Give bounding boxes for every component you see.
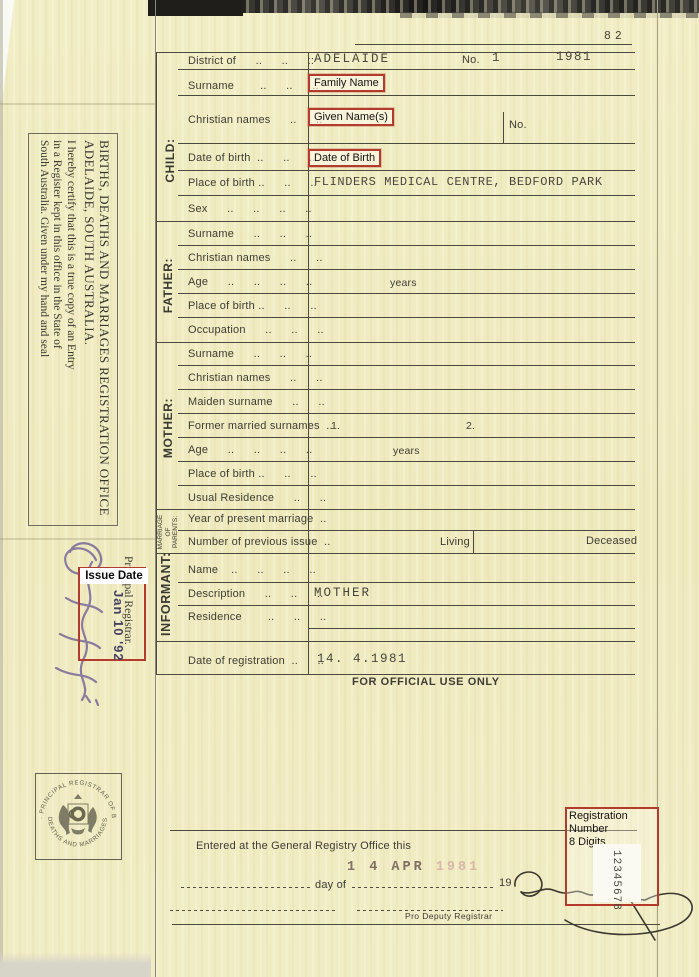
- issue-date-annotation-label: Issue Date: [80, 568, 148, 584]
- field-label-father-place-of-birth: Place of birth .. .. ..: [188, 300, 317, 312]
- for-official-use-only: FOR OFFICIAL USE ONLY: [352, 676, 500, 688]
- field-label-father-surname: Surname .. .. ..: [188, 228, 312, 240]
- form-border-left: [156, 52, 157, 674]
- date-of-birth-annotation: Date of Birth: [308, 149, 381, 167]
- field-label-child-date-of-birth: Date of birth .. .. ..: [188, 152, 316, 164]
- form-line: [178, 530, 635, 531]
- certification-heading-2: ADELAIDE, SOUTH AUSTRALIA.: [82, 140, 97, 517]
- field-label-district: District of .. .. ::: [188, 55, 314, 67]
- form-line: [178, 582, 635, 583]
- living-column-label: Living: [440, 536, 470, 548]
- given-names-annotation: Given Name(s): [308, 108, 394, 126]
- sheet-number: 82: [604, 30, 626, 43]
- marriage-line-2: OF PARENTS:: [165, 512, 180, 552]
- field-label-date-of-registration: Date of registration .. ..: [188, 655, 324, 667]
- form-line: [178, 170, 635, 171]
- deceased-column-label: Deceased: [586, 535, 637, 547]
- field-label-child-place-of-birth: Place of birth .. .. ..: [188, 177, 317, 189]
- field-label-mother-place-of-birth: Place of birth .. .. ..: [188, 468, 317, 480]
- form-line: [178, 293, 635, 294]
- registration-number-label-1: Registration Number: [567, 809, 657, 836]
- registration-number-value: 12345678: [607, 850, 622, 898]
- form-line: [178, 605, 635, 606]
- form-line: [156, 221, 635, 222]
- bottom-corner-shadow: [0, 953, 151, 977]
- field-label-informant-name: Name .. .. .. ..: [188, 564, 316, 576]
- form-line: [178, 95, 635, 96]
- form-line: [355, 44, 632, 45]
- registrar-seal: · PRINCIPAL REGISTRAR OF BIRTHS DEATHS A…: [35, 773, 120, 858]
- field-label-former-married-surnames: Former married surnames ..: [188, 420, 333, 432]
- footer-dashed-line: [170, 910, 337, 911]
- scan-edge-artifact-lower: [400, 12, 699, 18]
- fold-crease: [0, 103, 156, 105]
- field-label-mother-surname: Surname .. .. ..: [188, 348, 312, 360]
- date-of-registration-value: 14. 4.1981: [317, 652, 407, 666]
- family-name-annotation: Family Name: [308, 74, 385, 92]
- informant-description-value: MOTHER: [314, 586, 371, 600]
- field-label-father-occupation: Occupation .. .. ..: [188, 324, 324, 336]
- form-line: [178, 317, 635, 318]
- registry-date-stamp-year: 1981: [436, 860, 480, 875]
- field-label-father-christian-names: Christian names .. ..: [188, 252, 323, 264]
- field-label-child-christian-names: Christian names .. ..: [188, 114, 323, 126]
- form-line: [178, 413, 635, 414]
- mother-age-unit: years: [393, 445, 420, 457]
- field-label-mother-maiden-surname: Maiden surname .. ..: [188, 396, 325, 408]
- issue-date-stamp: Jan 10 '92: [110, 590, 126, 648]
- field-label-number-of-previous-issue: Number of previous issue ..: [188, 536, 331, 548]
- seal-coat-of-arms: [59, 794, 97, 835]
- district-no-label: No.: [462, 54, 480, 66]
- section-label-mother: MOTHER:: [161, 354, 176, 502]
- section-label-child: CHILD:: [163, 103, 178, 218]
- former-surname-2-label: 2.: [466, 420, 475, 432]
- footer-dashed-line: [181, 887, 310, 888]
- marriage-line-1: MARRIAGE: [157, 512, 165, 552]
- form-line: [156, 553, 635, 554]
- registry-date-stamp-day-month: 1 4 APR: [347, 860, 425, 875]
- form-line: [178, 195, 635, 196]
- day-of-text: day of: [315, 879, 346, 891]
- entered-at-registry-text: Entered at the General Registry Office t…: [196, 840, 411, 852]
- form-line: [156, 641, 635, 642]
- form-line: [156, 342, 635, 343]
- footer-dashed-line: [352, 887, 495, 888]
- form-line: [178, 143, 635, 144]
- section-label-father: FATHER:: [161, 233, 176, 338]
- former-surname-1-label: 1.: [331, 420, 340, 432]
- field-label-mother-age: Age .. .. .. ..: [188, 444, 312, 456]
- form-line: [178, 365, 635, 366]
- district-no-value: 1: [492, 51, 501, 65]
- field-label-father-age: Age .. .. .. ..: [188, 276, 312, 288]
- certification-heading-1: BIRTHS, DEATHS AND MARRIAGES REGISTRATIO…: [97, 140, 112, 517]
- form-line: [178, 389, 635, 390]
- district-year-value: 1981: [556, 50, 592, 64]
- form-line: [178, 437, 635, 438]
- father-age-unit: years: [390, 277, 417, 289]
- registry-date-stamp: 1 4 APR 1981: [347, 860, 480, 875]
- field-label-mother-christian-names: Christian names .. ..: [188, 372, 323, 384]
- form-line: [156, 674, 635, 675]
- field-label-informant-description: Description .. .. ..: [188, 588, 323, 600]
- living-deceased-divider: [473, 530, 474, 553]
- no-column-divider: [503, 112, 504, 143]
- form-line: [178, 69, 635, 70]
- certification-body-3: South Australia. Given under my hand and…: [37, 140, 51, 517]
- pro-deputy-registrar-label: Pro Deputy Registrar: [405, 911, 492, 921]
- form-line: [308, 628, 635, 629]
- scan-edge-artifact-dark: [148, 0, 243, 16]
- form-line: [178, 461, 635, 462]
- field-label-child-sex: Sex .. .. .. ..: [188, 203, 312, 215]
- field-label-year-of-present-marriage: Year of present marriage ..: [188, 513, 327, 525]
- form-line: [178, 485, 635, 486]
- place-of-birth-value: FLINDERS MEDICAL CENTRE, BEDFORD PARK: [314, 175, 603, 189]
- form-line: [178, 269, 635, 270]
- section-label-informant: INFORMANT:: [159, 560, 174, 636]
- certification-body-1: I hereby certify that this is a true cop…: [64, 140, 78, 517]
- christian-no-label: No.: [509, 119, 527, 131]
- page-left-edge: [0, 0, 3, 977]
- section-label-marriage-of-parents: MARRIAGE OF PARENTS:: [157, 512, 174, 552]
- form-value-divider: [308, 52, 309, 674]
- birth-certificate-scan: BIRTHS, DEATHS AND MARRIAGES REGISTRATIO…: [0, 0, 699, 977]
- district-value: ADELAIDE: [314, 52, 390, 66]
- field-label-usual-residence: Usual Residence .. ..: [188, 492, 326, 504]
- form-line: [156, 509, 635, 510]
- field-label-informant-residence: Residence .. .. ..: [188, 611, 326, 623]
- certification-text: BIRTHS, DEATHS AND MARRIAGES REGISTRATIO…: [29, 134, 115, 523]
- form-line: [178, 245, 635, 246]
- certification-body-2: in a Register kept in this office in the…: [50, 140, 64, 517]
- field-label-child-surname: Surname .. .. ..: [188, 80, 319, 92]
